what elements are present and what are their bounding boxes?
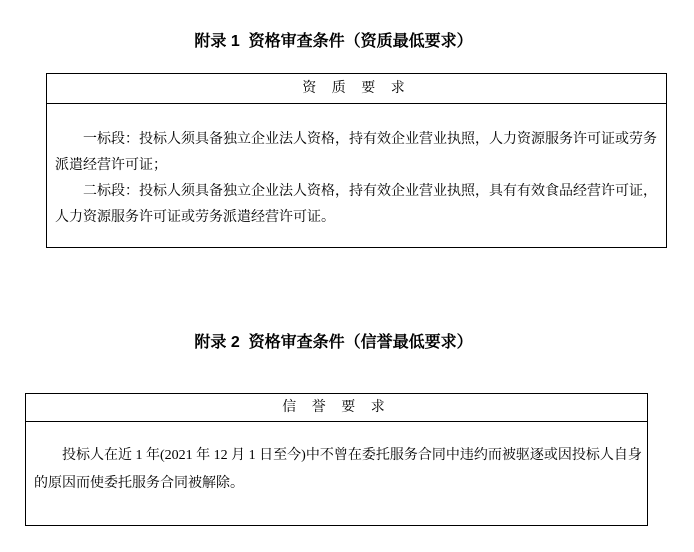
appendix2-title: 附录 2 资格审查条件（信誉最低要求） bbox=[0, 332, 667, 353]
paragraph-line: 的原因而使委托服务合同被解除。 bbox=[34, 470, 639, 498]
appendix1-paragraph-2: 二标段：投标人须具备独立企业法人资格，持有效企业营业执照，具有有效食品经营许可证… bbox=[55, 179, 658, 231]
appendix1-table-header: 资 质 要 求 bbox=[47, 74, 666, 104]
paragraph-line: 二标段：投标人须具备独立企业法人资格，持有效企业营业执照，具有有效食品经营许可证… bbox=[55, 179, 658, 205]
paragraph-line: 一标段：投标人须具备独立企业法人资格，持有效企业营业执照，人力资源服务许可证或劳… bbox=[55, 127, 658, 153]
paragraph-line: 人力资源服务许可证或劳务派遣经营许可证。 bbox=[55, 205, 658, 231]
paragraph-line: 投标人在近 1 年(2021 年 12 月 1 日至今)中不曾在委托服务合同中违… bbox=[34, 442, 639, 470]
paragraph-line: 派遣经营许可证； bbox=[55, 153, 658, 179]
document-page: 附录 1 资格审查条件（资质最低要求） 资 质 要 求 一标段：投标人须具备独立… bbox=[0, 0, 694, 552]
appendix1-paragraph-1: 一标段：投标人须具备独立企业法人资格，持有效企业营业执照，人力资源服务许可证或劳… bbox=[55, 127, 658, 179]
appendix2-table-header: 信 誉 要 求 bbox=[26, 394, 647, 422]
appendix2-table: 信 誉 要 求 投标人在近 1 年(2021 年 12 月 1 日至今)中不曾在… bbox=[25, 393, 648, 526]
appendix1-table: 资 质 要 求 一标段：投标人须具备独立企业法人资格，持有效企业营业执照，人力资… bbox=[46, 73, 667, 248]
appendix1-table-body: 一标段：投标人须具备独立企业法人资格，持有效企业营业执照，人力资源服务许可证或劳… bbox=[47, 104, 666, 231]
appendix2-table-body: 投标人在近 1 年(2021 年 12 月 1 日至今)中不曾在委托服务合同中违… bbox=[26, 422, 647, 498]
appendix1-title: 附录 1 资格审查条件（资质最低要求） bbox=[0, 31, 667, 52]
appendix2-paragraph-1: 投标人在近 1 年(2021 年 12 月 1 日至今)中不曾在委托服务合同中违… bbox=[34, 442, 639, 498]
